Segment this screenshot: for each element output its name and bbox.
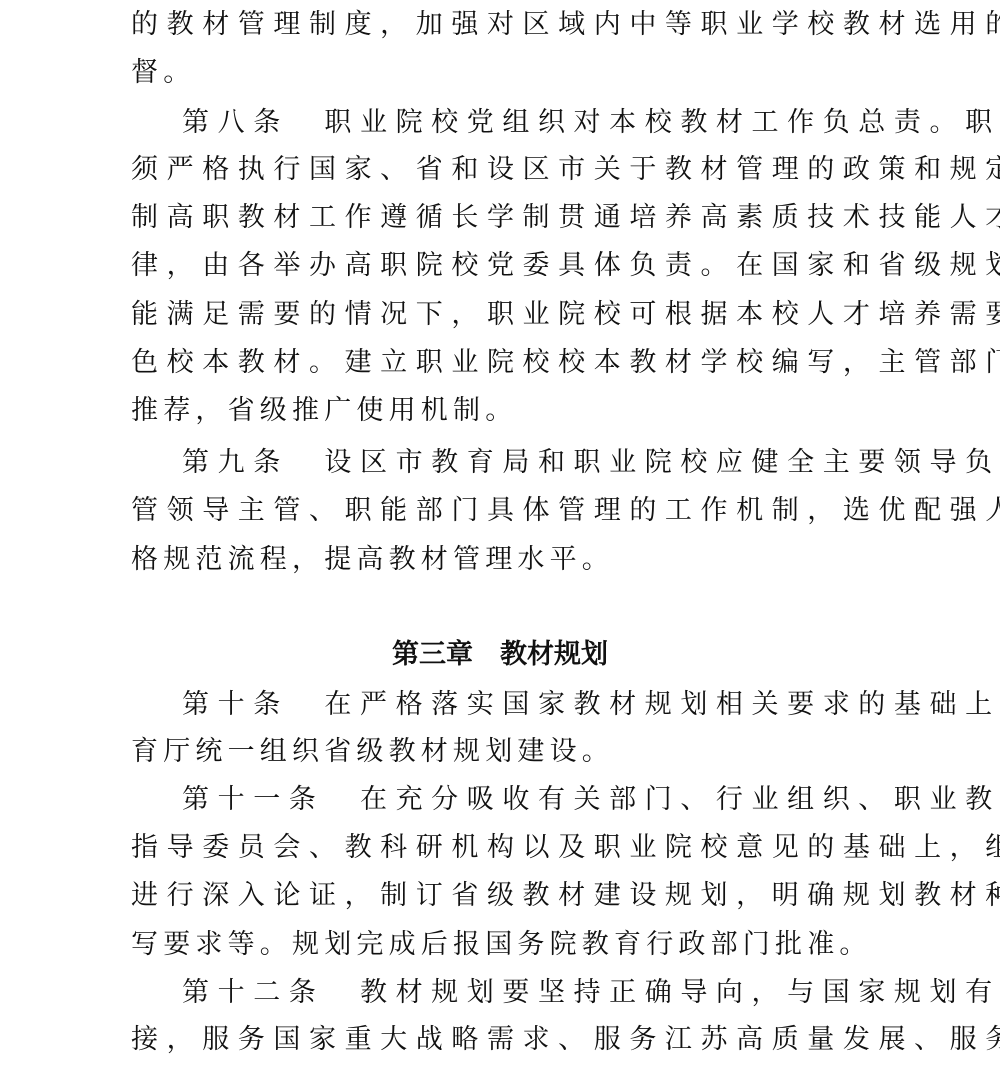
chapter-heading: 第三章 教材规划: [0, 635, 1000, 675]
text-line: 色 校 本 教 材 。 建 立 职 业 院 校 校 本 教 材 学 校 编 写 …: [131, 343, 870, 383]
text-line: 须 严 格 执 行 国 家 、 省 和 设 区 市 关 于 教 材 管 理 的 …: [131, 150, 870, 190]
text-line: 指 导 委 员 会 、 教 科 研 机 构 以 及 职 业 院 校 意 见 的 …: [131, 828, 870, 868]
article-9-start: 第 九 条 设 区 市 教 育 局 和 职 业 院 校 应 健 全 主 要 领 …: [182, 443, 870, 483]
text-line: 推荐，省级推广使用机制。: [131, 391, 870, 431]
text-line: 律 ， 由 各 举 办 高 职 院 校 党 委 具 体 负 责 。 在 国 家 …: [131, 246, 870, 286]
text-line: 能 满 足 需 要 的 情 况 下 ， 职 业 院 校 可 根 据 本 校 人 …: [131, 295, 870, 335]
article-10-start: 第 十 条 在 严 格 落 实 国 家 教 材 规 划 相 关 要 求 的 基 …: [182, 685, 870, 725]
article-12-start: 第 十 二 条 教 材 规 划 要 坚 持 正 确 导 向 ， 与 国 家 规 …: [182, 973, 870, 1013]
article-11-start: 第 十 一 条 在 充 分 吸 收 有 关 部 门 、 行 业 组 织 、 职 …: [182, 780, 870, 820]
article-8-start: 第 八 条 职 业 院 校 党 组 织 对 本 校 教 材 工 作 负 总 责 …: [182, 103, 870, 143]
text-line: 接 ， 服 务 国 家 重 大 战 略 需 求 、 服 务 江 苏 高 质 量 …: [131, 1020, 870, 1060]
text-line: 制 高 职 教 材 工 作 遵 循 长 学 制 贯 通 培 养 高 素 质 技 …: [131, 198, 870, 238]
text-line: 育厅统一组织省级教材规划建设。: [131, 732, 870, 772]
text-line: 格规范流程，提高教材管理水平。: [131, 540, 870, 580]
text-line: 进 行 深 入 论 证 ， 制 订 省 级 教 材 建 设 规 划 ， 明 确 …: [131, 876, 870, 916]
text-line: 督。: [131, 53, 870, 93]
document-page: 的 教 材 管 理 制 度 ， 加 强 对 区 域 内 中 等 职 业 学 校 …: [0, 0, 1000, 1073]
text-line: 的 教 材 管 理 制 度 ， 加 强 对 区 域 内 中 等 职 业 学 校 …: [131, 5, 870, 45]
text-line: 管 领 导 主 管 、 职 能 部 门 具 体 管 理 的 工 作 机 制 ， …: [131, 491, 870, 531]
text-line: 写要求等。规划完成后报国务院教育行政部门批准。: [131, 925, 870, 965]
